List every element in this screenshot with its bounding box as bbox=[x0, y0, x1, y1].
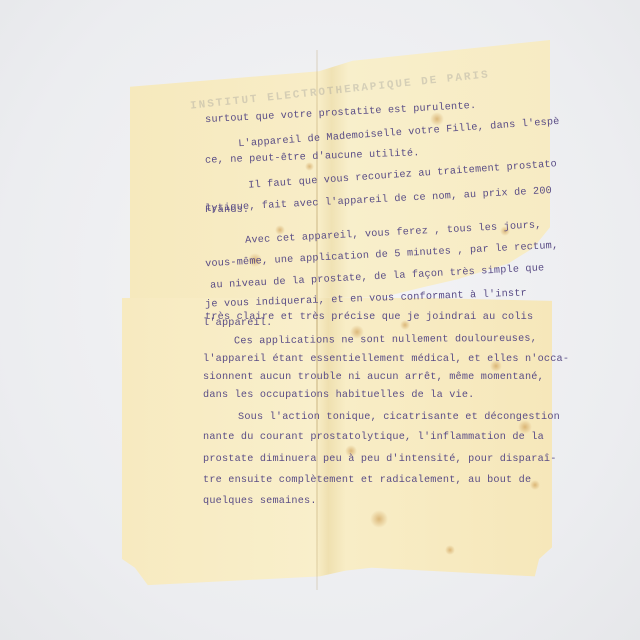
text-line: l'appareil. bbox=[203, 318, 272, 329]
foxing-stain bbox=[445, 545, 455, 555]
text-line: nante du courant prostatolytique, l'infl… bbox=[203, 432, 544, 443]
foxing-stain bbox=[530, 480, 540, 490]
text-line: Sous l'action tonique, cicatrisante et d… bbox=[238, 412, 560, 423]
text-line: sionnent aucun trouble ni aucun arrêt, m… bbox=[203, 372, 544, 383]
text-line: prostate diminuera peu à peu d'intensité… bbox=[203, 454, 557, 465]
text-line: Francs. bbox=[205, 205, 249, 216]
foxing-stain bbox=[370, 510, 388, 528]
text-line: tre ensuite complètement et radicalement… bbox=[203, 475, 531, 486]
foxing-stain bbox=[305, 162, 314, 171]
text-line: quelques semaines. bbox=[203, 496, 317, 507]
text-line: l'appareil étant essentiellement médical… bbox=[203, 354, 569, 365]
text-line: dans les occupations habituelles de la v… bbox=[203, 390, 474, 401]
